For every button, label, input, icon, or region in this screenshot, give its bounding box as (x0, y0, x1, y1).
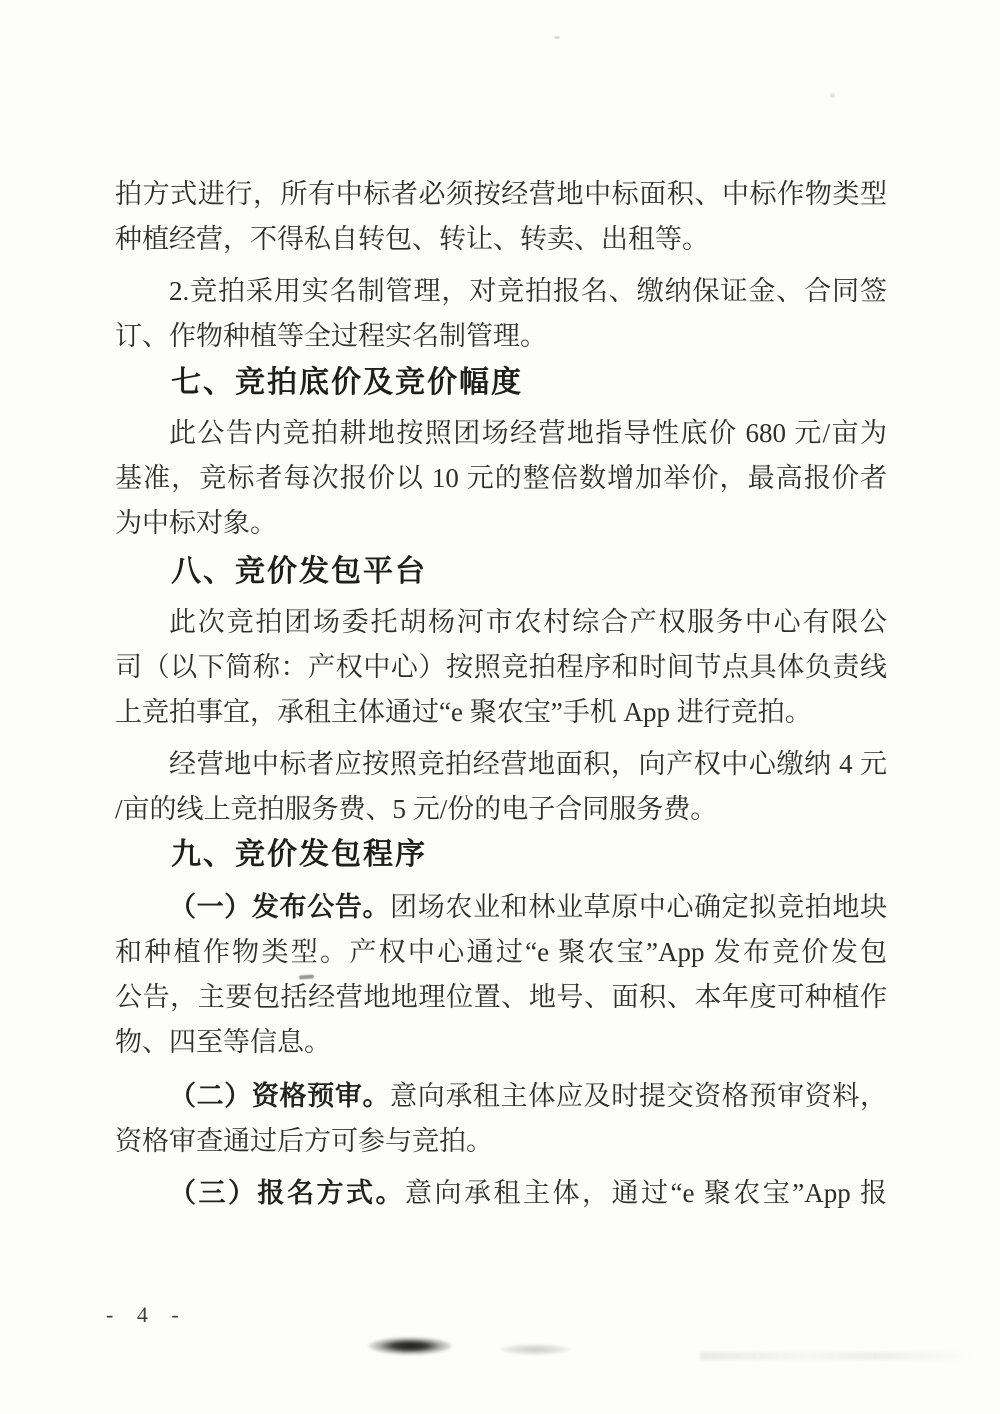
paragraph: 经营地中标者应按照竞拍经营地面积，向产权中心缴纳 4 元/亩的线上竞拍服务费、5… (115, 742, 887, 832)
text-line: 基准，竞标者每次报价以 10 元的整倍数增加举价，最高报价者 (115, 456, 887, 501)
paragraph: 2.竞拍采用实名制管理，对竞拍报名、缴纳保证金、合同签订、作物种植等全过程实名制… (115, 269, 887, 359)
text-line: 司（以下简称：产权中心）按照竞拍程序和时间节点具体负责线 (115, 645, 887, 690)
text-line: 订、作物种植等全过程实名制管理。 (115, 314, 887, 359)
text-line: （二）资格预审。意向承租主体应及时提交资格预审资料， (115, 1074, 887, 1119)
text-line: 为中标对象。 (115, 501, 887, 546)
text-line: 此公告内竞拍耕地按照团场经营地指导性底价 680 元/亩为 (115, 411, 887, 456)
section-heading: 九、竞价发包程序 (115, 832, 887, 877)
page-footer: - 4 - (106, 1302, 188, 1328)
line-text: 意向承租主体，通过“e 聚农宝”App 报 (405, 1178, 887, 1208)
text-line: 种植经营，不得私自转包、转让、转卖、出租等。 (115, 217, 887, 262)
section-heading: 八、竞价发包平台 (115, 549, 887, 594)
text-line: 公告，主要包括经营地地理位置、地号、面积、本年度可种植作 (115, 975, 887, 1020)
scan-speck (554, 36, 560, 39)
paragraph: 拍方式进行，所有中标者必须按经营地中标面积、中标作物类型种植经营，不得私自转包、… (115, 172, 887, 262)
ink-smudge-dark (368, 1337, 452, 1355)
text-line: 2.竞拍采用实名制管理，对竞拍报名、缴纳保证金、合同签 (115, 269, 887, 314)
text-line: （一）发布公告。团场农业和林业草原中心确定拟竞拍地块 (115, 885, 887, 930)
line-text: 团场农业和林业草原中心确定拟竞拍地块 (390, 892, 887, 922)
page-number: - 4 - (106, 1302, 188, 1327)
bold-lead-in: （三）报名方式。 (169, 1178, 405, 1208)
text-line: 资格审查通过后方可参与竞拍。 (115, 1119, 887, 1164)
text-line: （三）报名方式。意向承租主体，通过“e 聚农宝”App 报 (115, 1171, 887, 1216)
paragraph: （二）资格预审。意向承租主体应及时提交资格预审资料，资格审查通过后方可参与竞拍。 (115, 1074, 887, 1164)
section-heading: 七、竞拍底价及竞价幅度 (115, 360, 887, 405)
document-page: 拍方式进行，所有中标者必须按经营地中标面积、中标作物类型种植经营，不得私自转包、… (0, 0, 1000, 1414)
ink-smudge-light (500, 1344, 570, 1355)
text-line: 拍方式进行，所有中标者必须按经营地中标面积、中标作物类型 (115, 172, 887, 217)
paragraph: （三）报名方式。意向承租主体，通过“e 聚农宝”App 报 (115, 1171, 887, 1216)
scan-speck (830, 93, 835, 98)
ink-smudge-streak (700, 1352, 970, 1360)
text-line: 和种植作物类型。产权中心通过“e 聚农宝”App 发布竞价发包 (115, 930, 887, 975)
text-line: 经营地中标者应按照竞拍经营地面积，向产权中心缴纳 4 元 (115, 742, 887, 787)
text-line: 此次竞拍团场委托胡杨河市农村综合产权服务中心有限公 (115, 600, 887, 645)
document-body: 拍方式进行，所有中标者必须按经营地中标面积、中标作物类型种植经营，不得私自转包、… (115, 172, 887, 1216)
line-text: 意向承租主体应及时提交资格预审资料， (390, 1081, 887, 1111)
paragraph: 此公告内竞拍耕地按照团场经营地指导性底价 680 元/亩为基准，竞标者每次报价以… (115, 411, 887, 546)
bold-lead-in: （一）发布公告。 (169, 892, 390, 922)
text-line: /亩的线上竞拍服务费、5 元/份的电子合同服务费。 (115, 787, 887, 832)
bold-lead-in: （二）资格预审。 (169, 1081, 390, 1111)
paragraph: （一）发布公告。团场农业和林业草原中心确定拟竞拍地块和种植作物类型。产权中心通过… (115, 885, 887, 1065)
text-line: 上竞拍事宜，承租主体通过“e 聚农宝”手机 App 进行竞拍。 (115, 690, 887, 735)
paragraph: 此次竞拍团场委托胡杨河市农村综合产权服务中心有限公司（以下简称：产权中心）按照竞… (115, 600, 887, 735)
text-line: 物、四至等信息。 (115, 1020, 887, 1065)
